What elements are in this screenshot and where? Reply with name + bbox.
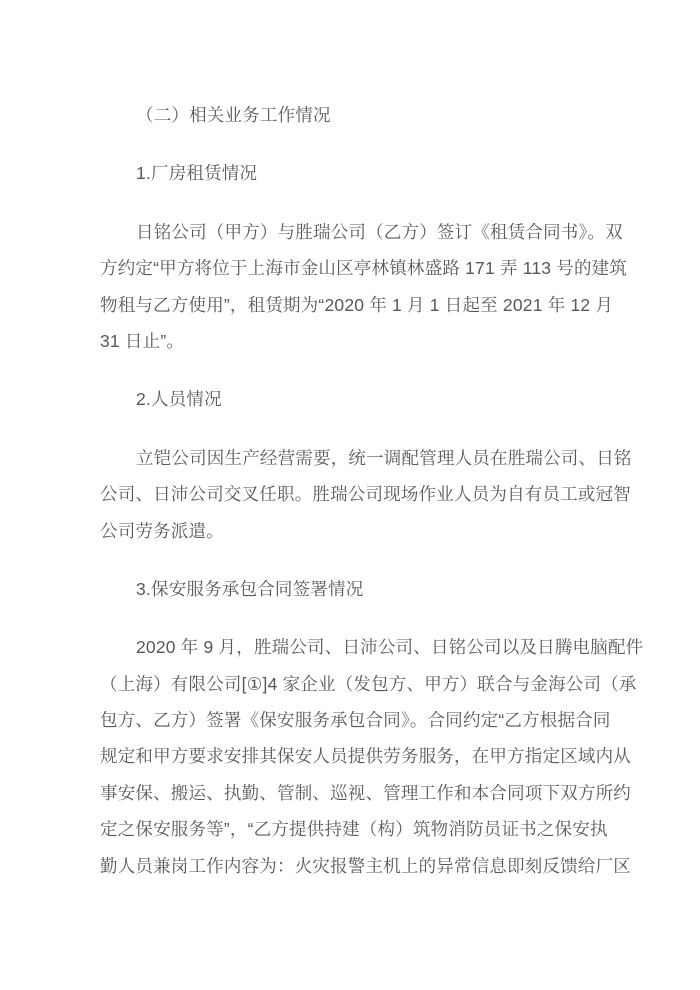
text-line: 物租与乙方使用”，租赁期为“2020 年 1 月 1 日起至 2021 年 12… <box>100 287 600 323</box>
text-line: 立铠公司因生产经营需要，统一调配管理人员在胜瑞公司、日铭 <box>100 440 600 476</box>
text-line: 定之保安服务等”，“乙方提供持建（构）筑物消防员证书之保安执 <box>100 811 600 847</box>
text-line: 勤人员兼岗工作内容为：火灾报警主机上的异常信息即刻反馈给厂区 <box>100 848 600 884</box>
text-line: 事安保、搬运、执勤、管制、巡视、管理工作和本合同项下双方所约 <box>100 775 600 811</box>
text-line: 31 日止”。 <box>100 323 600 359</box>
text-line: 规定和甲方要求安排其保安人员提供劳务服务，在甲方指定区域内从 <box>100 738 600 774</box>
heading-text: （二）相关业务工作情况 <box>100 97 600 133</box>
section-heading: 3.保安服务承包合同签署情况 <box>100 571 600 607</box>
section-heading: 2.人员情况 <box>100 381 600 417</box>
paragraph: 2020 年 9 月，胜瑞公司、日沛公司、日铭公司以及日腾电脑配件（上海）有限公… <box>100 629 600 884</box>
paragraph: 立铠公司因生产经营需要，统一调配管理人员在胜瑞公司、日铭公司、日沛公司交叉任职。… <box>100 440 600 549</box>
text-line: 公司、日沛公司交叉任职。胜瑞公司现场作业人员为自有员工或冠智 <box>100 476 600 512</box>
heading-text: 1.厂房租赁情况 <box>100 155 600 191</box>
text-line: 公司劳务派遣。 <box>100 513 600 549</box>
text-line: 2020 年 9 月，胜瑞公司、日沛公司、日铭公司以及日腾电脑配件 <box>100 629 600 665</box>
document-page: （二）相关业务工作情况1.厂房租赁情况日铭公司（甲方）与胜瑞公司（乙方）签订《租… <box>0 0 700 990</box>
heading-text: 3.保安服务承包合同签署情况 <box>100 571 600 607</box>
section-heading: 1.厂房租赁情况 <box>100 155 600 191</box>
text-line: 日铭公司（甲方）与胜瑞公司（乙方）签订《租赁合同书》。双 <box>100 214 600 250</box>
section-heading: （二）相关业务工作情况 <box>100 97 600 133</box>
heading-text: 2.人员情况 <box>100 381 600 417</box>
text-line: （上海）有限公司[①]4 家企业（发包方、甲方）联合与金海公司（承 <box>100 666 600 702</box>
paragraph: 日铭公司（甲方）与胜瑞公司（乙方）签订《租赁合同书》。双方约定“甲方将位于上海市… <box>100 214 600 360</box>
text-line: 方约定“甲方将位于上海市金山区亭林镇林盛路 171 弄 113 号的建筑 <box>100 250 600 286</box>
text-line: 包方、乙方）签署《保安服务承包合同》。合同约定“乙方根据合同 <box>100 702 600 738</box>
